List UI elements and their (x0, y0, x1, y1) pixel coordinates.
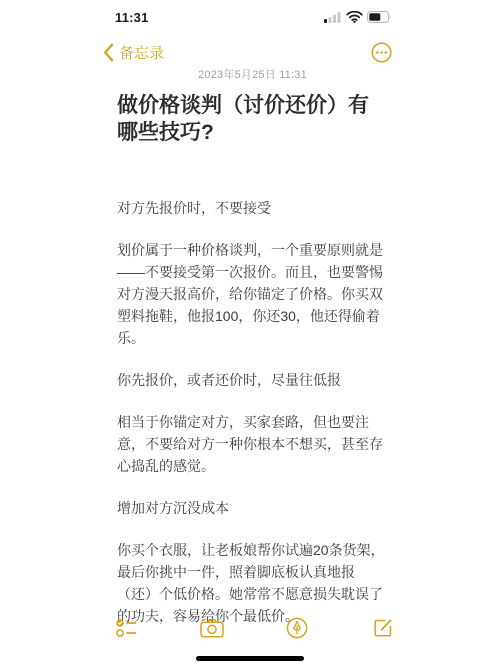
markup-button[interactable] (284, 615, 310, 641)
wifi-icon (346, 11, 363, 23)
more-options-button[interactable] (371, 42, 392, 63)
compose-button[interactable] (370, 615, 396, 641)
cellular-signal-icon (324, 11, 342, 23)
chevron-left-icon (103, 43, 114, 62)
title-body-gap (117, 146, 388, 197)
battery-icon (367, 11, 392, 23)
note-paragraph: 增加对方沉没成本 (117, 497, 388, 519)
notes-app: 11:31 (100, 0, 400, 667)
note-paragraph: 你先报价，或者还价时，尽量往低报 (117, 369, 388, 391)
home-indicator[interactable] (196, 656, 304, 661)
nav-bar: 备忘录 (100, 38, 400, 66)
note-paragraphs: 对方先报价时，不要接受划价属于一种价格谈判，一个重要原则就是——不要接受第一次报… (117, 197, 388, 627)
back-button[interactable]: 备忘录 (103, 42, 164, 63)
note-paragraph: 对方先报价时，不要接受 (117, 197, 388, 219)
status-icons (324, 11, 392, 23)
markup-pen-icon (286, 617, 308, 639)
checklist-icon (115, 618, 138, 638)
back-label: 备忘录 (119, 42, 164, 63)
status-time: 11:31 (115, 10, 149, 25)
screenshot-canvas: 11:31 (0, 0, 500, 667)
compose-icon (372, 617, 394, 639)
note-content[interactable]: 2023年5月25日 11:31 做价格谈判（讨价还价）有哪些技巧? 对方先报价… (100, 64, 400, 597)
bottom-toolbar (100, 613, 400, 643)
note-paragraph: 相当于你锚定对方，买家套路，但也要注意，不要给对方一种你根本不想买，甚至存心捣乱… (117, 411, 388, 477)
ellipsis-circle-icon (371, 42, 392, 63)
note-paragraph: 划价属于一种价格谈判，一个重要原则就是——不要接受第一次报价。而且，也要警惕对方… (117, 239, 388, 349)
status-bar: 11:31 (100, 6, 400, 28)
checklist-button[interactable] (113, 615, 139, 641)
note-title: 做价格谈判（讨价还价）有哪些技巧? (117, 92, 388, 146)
camera-icon (200, 618, 224, 638)
note-date: 2023年5月25日 11:31 (117, 66, 388, 82)
camera-button[interactable] (199, 615, 225, 641)
